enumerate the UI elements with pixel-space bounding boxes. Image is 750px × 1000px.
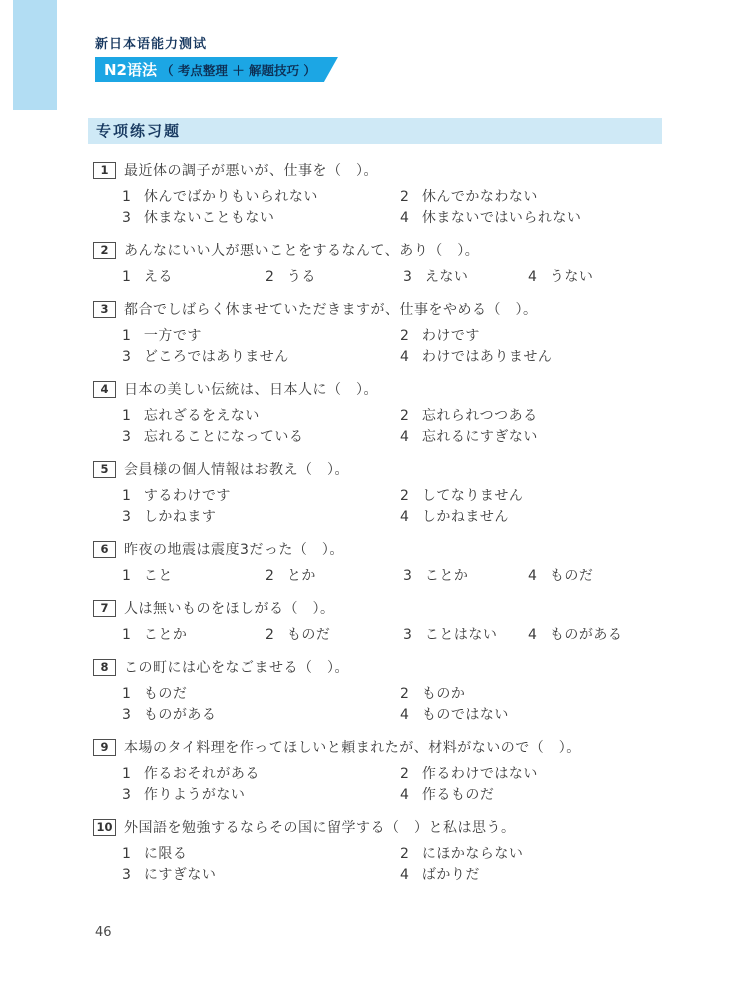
option-text: 休まないこともない [144, 208, 275, 229]
option-text: わけではありません [422, 347, 553, 368]
option-number: 3 [403, 625, 412, 646]
question-head: 1 最近体の調子が悪いが、仕事を（ ）。 [93, 161, 665, 181]
answer-option: 1 に限る [122, 844, 400, 865]
option-number: 1 [122, 764, 131, 785]
question-item: 5 会員様の個人情報はお教え（ ）。 1 するわけです 2 してなりません 3 … [93, 460, 665, 528]
questions-list: 1 最近体の調子が悪いが、仕事を（ ）。 1 休んでばかりもいられない 2 休ん… [93, 161, 665, 898]
option-text: 作るものだ [422, 785, 495, 806]
option-number: 1 [122, 625, 131, 646]
option-text: 休まないではいられない [422, 208, 582, 229]
option-text: ものだ [287, 625, 331, 646]
option-number: 2 [265, 566, 274, 587]
answer-option: 4 作るものだ [400, 785, 665, 806]
question-stem: 最近体の調子が悪いが、仕事を（ ）。 [124, 161, 378, 181]
question-head: 4 日本の美しい伝統は、日本人に（ ）。 [93, 380, 665, 400]
section-title: 专项练习题 [96, 122, 181, 140]
option-text: ものだ [144, 684, 188, 705]
option-text: ことか [144, 625, 188, 646]
question-options: 1 休んでばかりもいられない 2 休んでかなわない 3 休まないこともない 4 … [93, 187, 665, 229]
answer-option: 2 忘れられつつある [400, 406, 665, 427]
option-text: 忘れることになっている [144, 427, 304, 448]
question-head: 10 外国語を勉強するならその国に留学する（ ）と私は思う。 [93, 818, 665, 838]
question-stem: 日本の美しい伝統は、日本人に（ ）。 [124, 380, 378, 400]
option-number: 3 [122, 507, 131, 528]
question-head: 8 この町には心をなごませる（ ）。 [93, 658, 665, 678]
option-number: 2 [400, 326, 409, 347]
question-stem: この町には心をなごませる（ ）。 [124, 658, 349, 678]
option-number: 1 [122, 684, 131, 705]
option-text: 一方です [144, 326, 202, 347]
option-text: ばかりだ [422, 865, 480, 886]
question-number-box: 8 [93, 659, 116, 676]
option-text: しかねます [144, 507, 217, 528]
option-text: してなりません [422, 486, 524, 507]
answer-option: 2 作るわけではない [400, 764, 665, 785]
question-options: 1 作るおそれがある 2 作るわけではない 3 作りようがない 4 作るものだ [93, 764, 665, 806]
answer-option: 3 休まないこともない [122, 208, 400, 229]
option-number: 3 [122, 427, 131, 448]
question-item: 3 都合でしばらく休ませていただきますが、仕事をやめる（ ）。 1 一方です 2… [93, 300, 665, 368]
answer-option: 3 ことはない [403, 625, 528, 646]
option-text: にすぎない [144, 865, 217, 886]
answer-option: 3 作りようがない [122, 785, 400, 806]
question-options: 1 に限る 2 にほかならない 3 にすぎない 4 ばかりだ [93, 844, 665, 886]
question-options: 1 忘れざるをえない 2 忘れられつつある 3 忘れることになっている 4 忘れ… [93, 406, 665, 448]
option-number: 4 [400, 427, 409, 448]
answer-option: 1 ものだ [122, 684, 400, 705]
option-text: 休んでかなわない [422, 187, 538, 208]
answer-option: 4 ものではない [400, 705, 665, 726]
series-title: 新日本语能力测试 [95, 33, 207, 52]
answer-option: 1 忘れざるをえない [122, 406, 400, 427]
option-number: 2 [265, 625, 274, 646]
option-number: 3 [122, 208, 131, 229]
banner-title: N2语法 [104, 59, 157, 80]
answer-option: 4 わけではありません [400, 347, 665, 368]
question-stem: 本場のタイ料理を作ってほしいと頼まれたが、材料がないので（ ）。 [124, 738, 581, 758]
option-number: 4 [400, 347, 409, 368]
option-number: 1 [122, 406, 131, 427]
question-head: 3 都合でしばらく休ませていただきますが、仕事をやめる（ ）。 [93, 300, 665, 320]
option-number: 2 [400, 684, 409, 705]
option-number: 2 [400, 187, 409, 208]
banner-subtitle: （ 考点整理 ＋ 解题技巧 ） [161, 61, 316, 79]
question-options: 1 するわけです 2 してなりません 3 しかねます 4 しかねません [93, 486, 665, 528]
option-text: ことはない [425, 625, 498, 646]
question-head: 5 会員様の個人情報はお教え（ ）。 [93, 460, 665, 480]
option-text: ものがある [144, 705, 217, 726]
question-head: 7 人は無いものをほしがる（ ）。 [93, 599, 665, 619]
option-text: ことか [425, 566, 469, 587]
question-head: 6 昨夜の地震は震度3だった（ ）。 [93, 540, 665, 560]
book-title-banner: N2语法 （ 考点整理 ＋ 解题技巧 ） [95, 57, 338, 82]
option-text: こと [144, 566, 173, 587]
option-text: 作りようがない [144, 785, 246, 806]
page-number: 46 [95, 925, 112, 940]
answer-option: 1 作るおそれがある [122, 764, 400, 785]
question-options: 1 一方です 2 わけです 3 どころではありません 4 わけではありません [93, 326, 665, 368]
question-stem: 都合でしばらく休ませていただきますが、仕事をやめる（ ）。 [124, 300, 538, 320]
option-text: ものか [422, 684, 466, 705]
answer-option: 2 うる [265, 267, 403, 288]
option-number: 2 [400, 406, 409, 427]
question-number-box: 1 [93, 162, 116, 179]
question-item: 4 日本の美しい伝統は、日本人に（ ）。 1 忘れざるをえない 2 忘れられつつ… [93, 380, 665, 448]
textbook-page: 新日本语能力测试 N2语法 （ 考点整理 ＋ 解题技巧 ） 专项练习题 1 最近… [0, 0, 750, 1000]
answer-option: 1 ことか [122, 625, 265, 646]
question-options: 1 える 2 うる 3 えない 4 うない [93, 267, 665, 288]
option-number: 3 [122, 865, 131, 886]
option-text: ものがある [550, 625, 623, 646]
answer-option: 3 しかねます [122, 507, 400, 528]
answer-option: 4 忘れるにすぎない [400, 427, 665, 448]
answer-option: 2 にほかならない [400, 844, 665, 865]
option-number: 4 [400, 785, 409, 806]
answer-option: 3 ものがある [122, 705, 400, 726]
answer-option: 4 ものだ [528, 566, 665, 587]
question-number-box: 7 [93, 600, 116, 617]
option-number: 2 [265, 267, 274, 288]
option-text: 休んでばかりもいられない [144, 187, 318, 208]
option-number: 3 [122, 347, 131, 368]
question-stem: 人は無いものをほしがる（ ）。 [124, 599, 335, 619]
option-text: ものではない [422, 705, 509, 726]
option-number: 3 [403, 566, 412, 587]
option-number: 1 [122, 566, 131, 587]
answer-option: 4 ものがある [528, 625, 665, 646]
option-text: にほかならない [422, 844, 524, 865]
option-text: うる [287, 267, 316, 288]
option-number: 1 [122, 486, 131, 507]
option-number: 1 [122, 326, 131, 347]
option-number: 3 [122, 785, 131, 806]
question-head: 9 本場のタイ料理を作ってほしいと頼まれたが、材料がないので（ ）。 [93, 738, 665, 758]
question-options: 1 ことか 2 ものだ 3 ことはない 4 ものがある [93, 625, 665, 646]
option-number: 4 [400, 208, 409, 229]
answer-option: 4 ばかりだ [400, 865, 665, 886]
question-stem: あんなにいい人が悪いことをするなんて、あり（ ）。 [124, 241, 479, 261]
option-text: どころではありません [144, 347, 289, 368]
option-text: 忘れざるをえない [144, 406, 260, 427]
option-text: とか [287, 566, 316, 587]
answer-option: 1 こと [122, 566, 265, 587]
question-number-box: 10 [93, 819, 116, 836]
answer-option: 2 とか [265, 566, 403, 587]
answer-option: 1 休んでばかりもいられない [122, 187, 400, 208]
option-number: 1 [122, 267, 131, 288]
option-number: 3 [403, 267, 412, 288]
option-number: 2 [400, 486, 409, 507]
question-item: 6 昨夜の地震は震度3だった（ ）。 1 こと 2 とか 3 ことか 4 ものだ [93, 540, 665, 587]
answer-option: 3 どころではありません [122, 347, 400, 368]
option-number: 4 [528, 625, 537, 646]
question-stem: 会員様の個人情報はお教え（ ）。 [124, 460, 349, 480]
option-text: える [144, 267, 173, 288]
question-number-box: 9 [93, 739, 116, 756]
answer-option: 2 ものだ [265, 625, 403, 646]
answer-option: 2 休んでかなわない [400, 187, 665, 208]
option-text: 忘れられつつある [422, 406, 538, 427]
option-number: 1 [122, 187, 131, 208]
question-stem: 昨夜の地震は震度3だった（ ）。 [124, 540, 344, 560]
question-number-box: 5 [93, 461, 116, 478]
option-number: 3 [122, 705, 131, 726]
option-text: に限る [144, 844, 188, 865]
question-number-box: 2 [93, 242, 116, 259]
option-number: 4 [400, 507, 409, 528]
answer-option: 2 ものか [400, 684, 665, 705]
answer-option: 3 にすぎない [122, 865, 400, 886]
option-text: 作るおそれがある [144, 764, 260, 785]
answer-option: 4 うない [528, 267, 665, 288]
answer-option: 4 休まないではいられない [400, 208, 665, 229]
answer-option: 1 える [122, 267, 265, 288]
option-number: 4 [528, 566, 537, 587]
answer-option: 3 ことか [403, 566, 528, 587]
answer-option: 1 一方です [122, 326, 400, 347]
option-text: するわけです [144, 486, 231, 507]
question-item: 2 あんなにいい人が悪いことをするなんて、あり（ ）。 1 える 2 うる 3 … [93, 241, 665, 288]
option-number: 4 [400, 705, 409, 726]
question-options: 1 ものだ 2 ものか 3 ものがある 4 ものではない [93, 684, 665, 726]
question-item: 9 本場のタイ料理を作ってほしいと頼まれたが、材料がないので（ ）。 1 作るお… [93, 738, 665, 806]
question-item: 8 この町には心をなごませる（ ）。 1 ものだ 2 ものか 3 ものがある 4… [93, 658, 665, 726]
question-number-box: 3 [93, 301, 116, 318]
answer-option: 3 えない [403, 267, 528, 288]
answer-option: 2 わけです [400, 326, 665, 347]
option-text: 忘れるにすぎない [422, 427, 538, 448]
answer-option: 2 してなりません [400, 486, 665, 507]
option-number: 2 [400, 764, 409, 785]
question-head: 2 あんなにいい人が悪いことをするなんて、あり（ ）。 [93, 241, 665, 261]
answer-option: 1 するわけです [122, 486, 400, 507]
option-text: ものだ [550, 566, 594, 587]
question-options: 1 こと 2 とか 3 ことか 4 ものだ [93, 566, 665, 587]
question-item: 10 外国語を勉強するならその国に留学する（ ）と私は思う。 1 に限る 2 に… [93, 818, 665, 886]
option-text: うない [550, 267, 594, 288]
option-text: えない [425, 267, 469, 288]
option-text: わけです [422, 326, 480, 347]
option-number: 4 [400, 865, 409, 886]
option-text: しかねません [422, 507, 509, 528]
answer-option: 3 忘れることになっている [122, 427, 400, 448]
question-number-box: 4 [93, 381, 116, 398]
option-number: 1 [122, 844, 131, 865]
option-text: 作るわけではない [422, 764, 538, 785]
option-number: 2 [400, 844, 409, 865]
question-item: 7 人は無いものをほしがる（ ）。 1 ことか 2 ものだ 3 ことはない 4 … [93, 599, 665, 646]
corner-decoration [13, 0, 57, 110]
question-item: 1 最近体の調子が悪いが、仕事を（ ）。 1 休んでばかりもいられない 2 休ん… [93, 161, 665, 229]
answer-option: 4 しかねません [400, 507, 665, 528]
question-number-box: 6 [93, 541, 116, 558]
option-number: 4 [528, 267, 537, 288]
section-header: 专项练习题 [88, 118, 662, 144]
question-stem: 外国語を勉強するならその国に留学する（ ）と私は思う。 [124, 818, 516, 838]
